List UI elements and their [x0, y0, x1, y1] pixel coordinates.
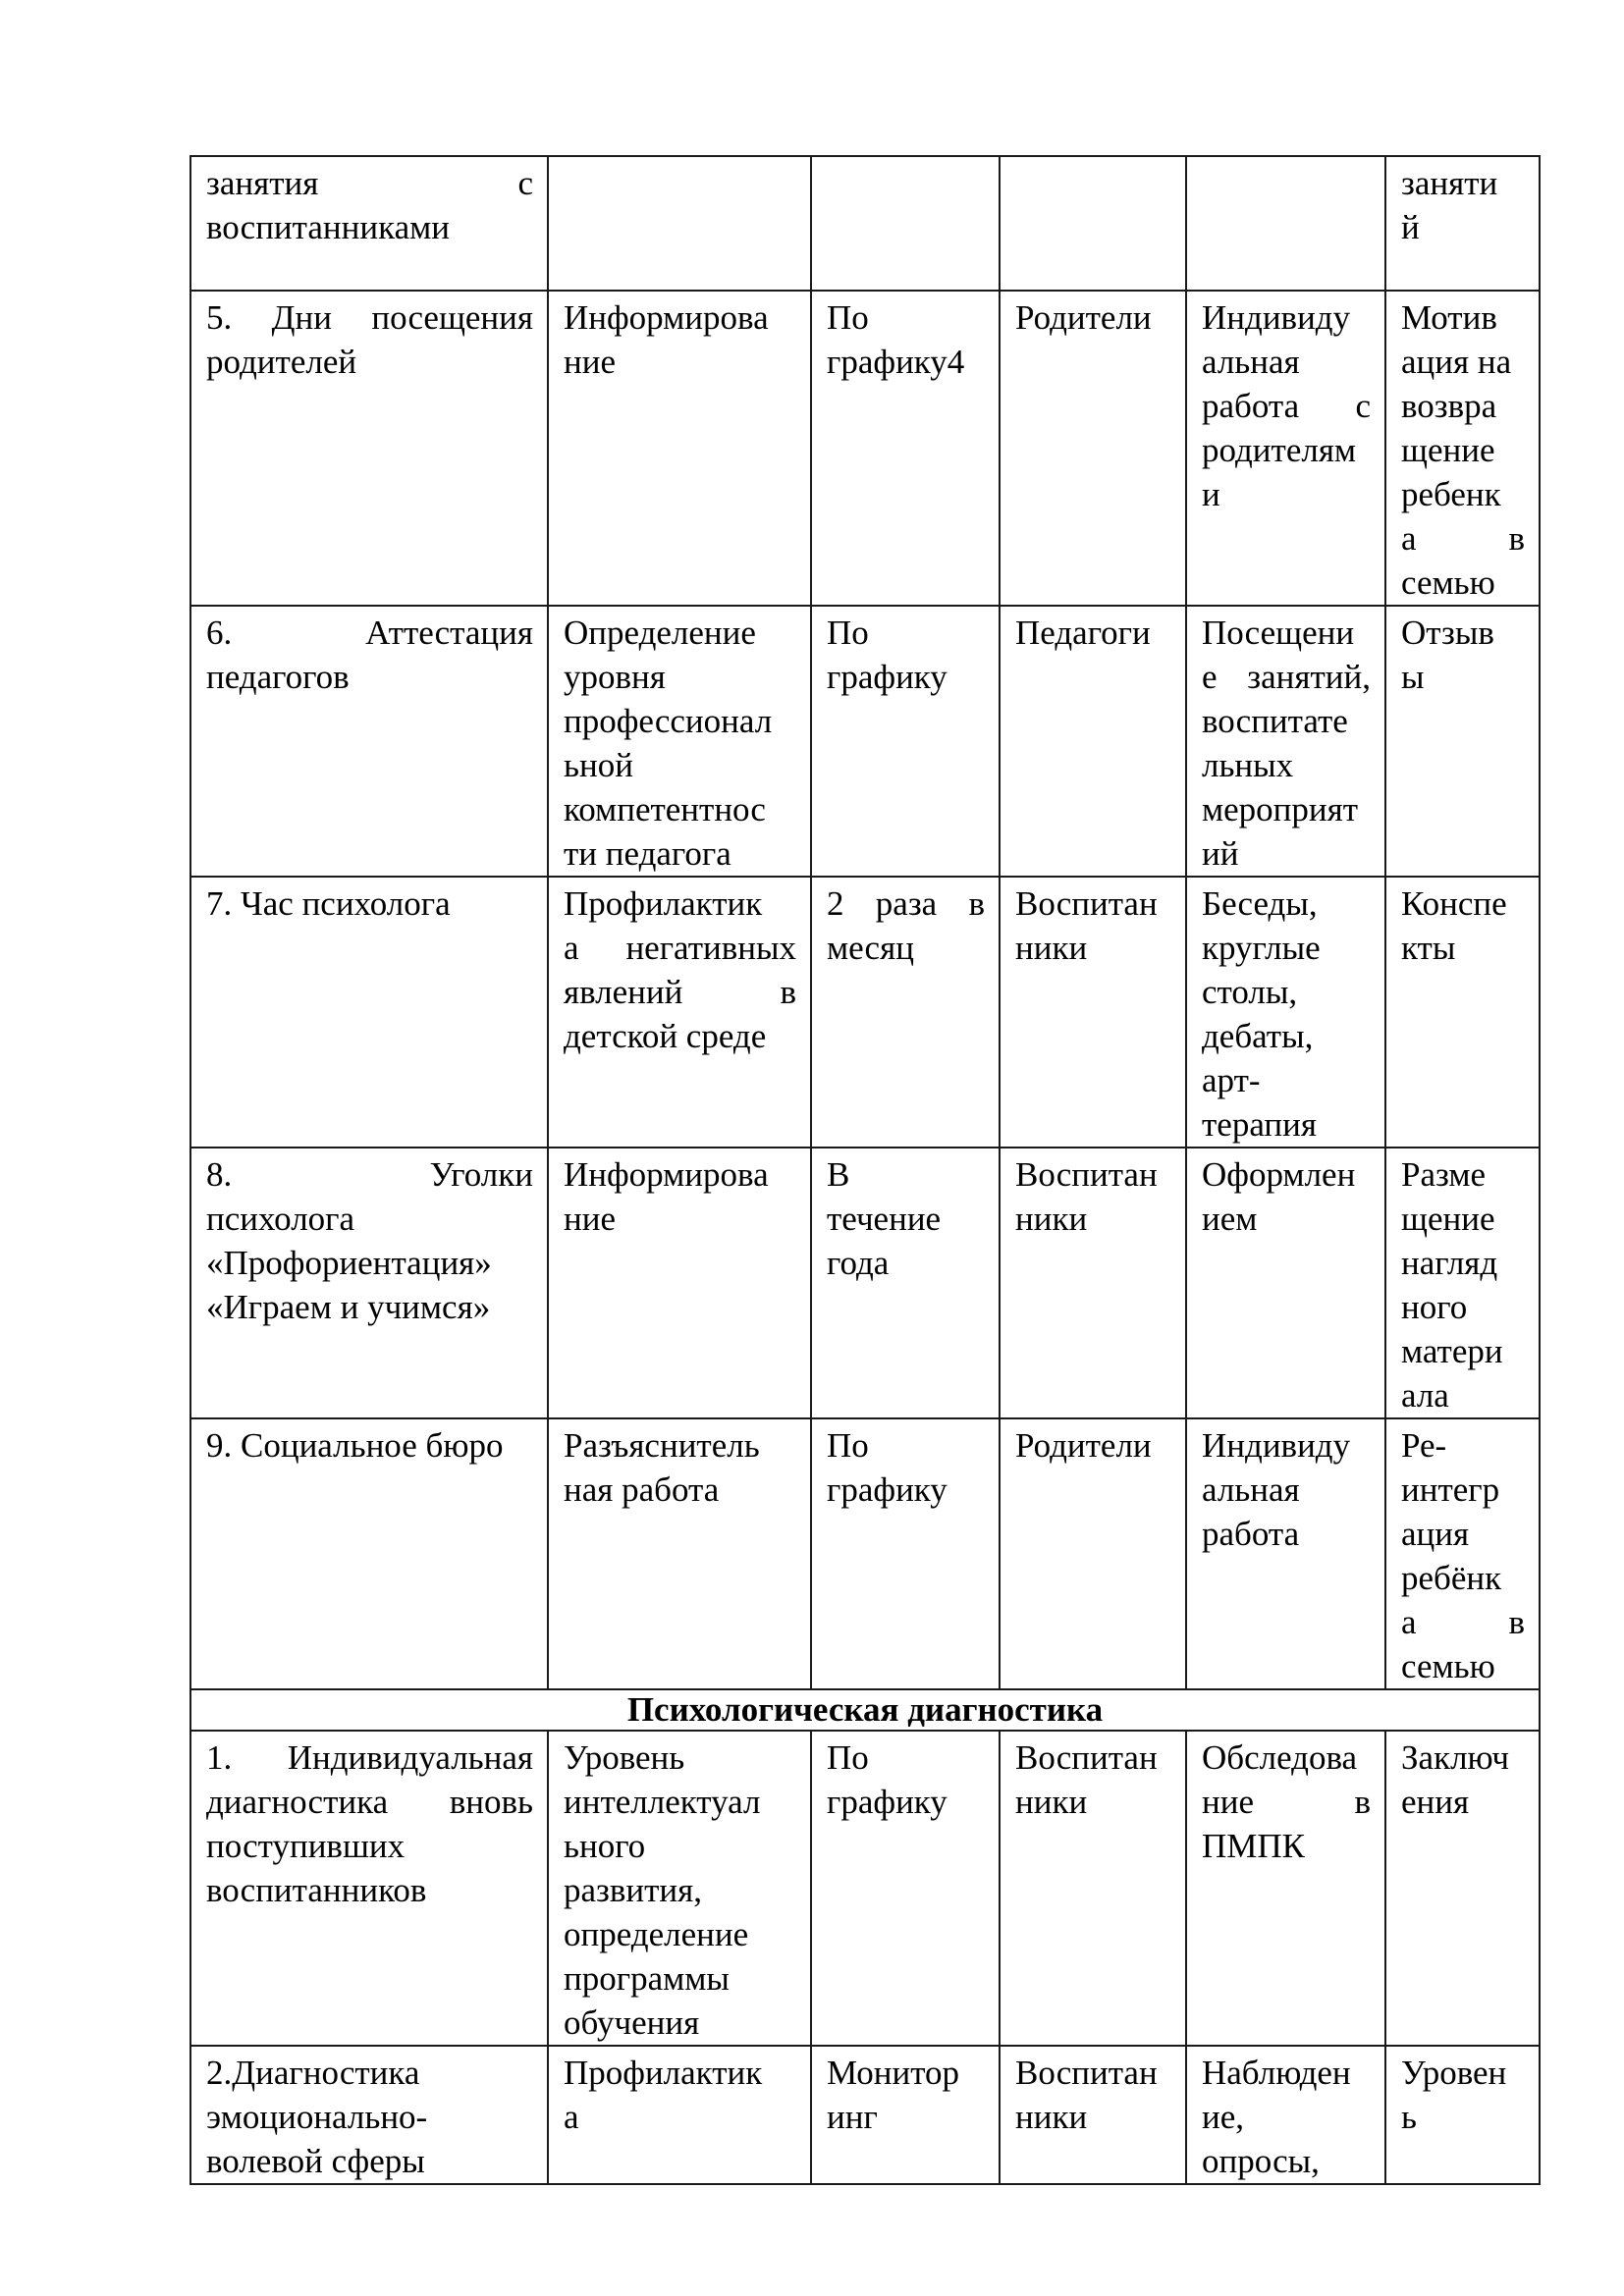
cell-result: Отзывы [1385, 606, 1540, 877]
section-header-row: Психологическая диагностика [190, 1689, 1540, 1731]
cell-line: щение [1401, 428, 1525, 472]
cell-line: альная [1202, 340, 1371, 384]
cell-participants: Родители [1000, 1418, 1186, 1689]
cell-line: Воспитан [1015, 2051, 1171, 2095]
cell-line: ала [1401, 1373, 1525, 1417]
cell-line: ребёнк [1401, 1556, 1525, 1600]
cell-line: Информирова [564, 1152, 796, 1197]
cell-activity: 7. Час психолога [190, 877, 548, 1148]
cell-goal: Информирование [548, 1148, 811, 1418]
cell-line: е занятий, [1202, 655, 1371, 699]
cell-line: воспитанников [206, 1868, 533, 1912]
cell-participants: Воспитанники [1000, 1148, 1186, 1418]
cell-line: ием [1202, 1197, 1371, 1241]
cell-timing: Пографику [811, 1731, 1000, 2046]
cell-timing: 2 раза вмесяц [811, 877, 1000, 1148]
cell-line: 6. Аттестация [206, 611, 533, 655]
work-plan-table: занятия своспитанникамизанятий5. Дни пос… [189, 155, 1541, 2185]
cell-line: Индивиду [1202, 295, 1371, 340]
cell-line: Профилактик [564, 2051, 796, 2095]
cell-line: инг [827, 2095, 985, 2139]
cell-line: ие, [1202, 2095, 1371, 2139]
table-row: 2.Диагностикаэмоционально-волевой сферыП… [190, 2046, 1540, 2184]
cell-form: Наблюдение,опросы, [1186, 2046, 1385, 2184]
cell-line: педагогов [206, 655, 533, 699]
document-page: занятия своспитанникамизанятий5. Дни пос… [0, 0, 1624, 2296]
cell-line: уровня [564, 655, 796, 699]
cell-participants: Воспитанники [1000, 877, 1186, 1148]
cell-line: По [827, 1735, 985, 1780]
cell-goal: Уровеньинтеллектуальногоразвития,определ… [548, 1731, 811, 2046]
cell-line: обучения [564, 2001, 796, 2045]
cell-line: Обследова [1202, 1735, 1371, 1780]
cell-line: Воспитан [1015, 1735, 1171, 1780]
cell-line: течение [827, 1197, 985, 1241]
cell-line: Беседы, [1202, 881, 1371, 926]
table-row: занятия своспитанникамизанятий [190, 156, 1540, 291]
cell-participants: Воспитанники [1000, 2046, 1186, 2184]
cell-goal: Определениеуровняпрофессиональнойкомпете… [548, 606, 811, 877]
cell-line: 2.Диагностика [206, 2051, 533, 2095]
cell-form: Индивидуальнаяработа [1186, 1418, 1385, 1689]
cell-line: Определение [564, 611, 796, 655]
work-plan-table-body: занятия своспитанникамизанятий5. Дни пос… [190, 156, 1540, 2184]
cell-participants: Воспитанники [1000, 1731, 1186, 2046]
cell-timing: Мониторинг [811, 2046, 1000, 2184]
cell-result: Уровень [1385, 2046, 1540, 2184]
cell-line: явлений в [564, 970, 796, 1014]
cell-line: Профилактик [564, 881, 796, 926]
cell-line: ники [1015, 2095, 1171, 2139]
cell-line: а негативных [564, 926, 796, 970]
cell-line: графику [827, 655, 985, 699]
cell-line: Ре- [1401, 1423, 1525, 1468]
cell-line: воспитанниками [206, 205, 533, 249]
cell-line: а [564, 2095, 796, 2139]
cell-goal: Разъяснительная работа [548, 1418, 811, 1689]
cell-result: Конспекты [1385, 877, 1540, 1148]
cell-line: «Играем и учимся» [206, 1285, 533, 1329]
cell-result: Ре-интеграцияребёнка всемью [1385, 1418, 1540, 1689]
cell-line: определение [564, 1912, 796, 1956]
cell-line: родителей [206, 340, 533, 384]
cell-line: ьного [564, 1824, 796, 1868]
cell-line: 5. Дни посещения [206, 295, 533, 340]
cell-line: ьной [564, 743, 796, 787]
cell-line: кты [1401, 926, 1525, 970]
cell-line: Конспе [1401, 881, 1525, 926]
cell-line: интеллектуал [564, 1780, 796, 1824]
cell-line: графику4 [827, 340, 985, 384]
cell-line: Мотив [1401, 295, 1525, 340]
cell-result: занятий [1385, 156, 1540, 291]
cell-form: Оформлением [1186, 1148, 1385, 1418]
cell-line: ти педагога [564, 831, 796, 876]
cell-timing: Втечениегода [811, 1148, 1000, 1418]
cell-line: детской среде [564, 1014, 796, 1058]
cell-line: компетентнос [564, 787, 796, 831]
cell-form [1186, 156, 1385, 291]
cell-line: графику [827, 1468, 985, 1512]
cell-line: профессионал [564, 699, 796, 743]
cell-result: Заключения [1385, 1731, 1540, 2046]
cell-result: Мотивация навозвращениеребенка всемью [1385, 291, 1540, 606]
cell-line: 9. Социальное бюро [206, 1423, 533, 1468]
cell-form: Обследование вПМПК [1186, 1731, 1385, 2046]
cell-line: круглые [1202, 926, 1371, 970]
cell-line: ация на [1401, 340, 1525, 384]
cell-line: ники [1015, 1780, 1171, 1824]
cell-line: занятия с [206, 161, 533, 205]
table-row: 7. Час психологаПрофилактика негативныхя… [190, 877, 1540, 1148]
cell-line: ние [564, 1197, 796, 1241]
cell-line: Индивиду [1202, 1423, 1371, 1468]
section-title: Психологическая диагностика [190, 1689, 1540, 1731]
cell-line: Разъяснитель [564, 1423, 796, 1468]
cell-line: столы, [1202, 970, 1371, 1014]
cell-line: мероприят [1202, 787, 1371, 831]
cell-line: программы [564, 1956, 796, 2001]
cell-line: опросы, [1202, 2139, 1371, 2183]
table-row: 6. АттестацияпедагоговОпределениеуровняп… [190, 606, 1540, 877]
cell-line: волевой сферы [206, 2139, 533, 2183]
cell-line: ПМПК [1202, 1824, 1371, 1868]
cell-line: Родители [1015, 295, 1171, 340]
cell-line: возвра [1401, 384, 1525, 428]
cell-line: Воспитан [1015, 881, 1171, 926]
cell-line: ребенк [1401, 472, 1525, 516]
cell-line: арт- [1202, 1058, 1371, 1102]
cell-activity: 1. Индивидуальнаядиагностика вновьпоступ… [190, 1731, 548, 2046]
cell-line: ация [1401, 1512, 1525, 1556]
cell-line: 2 раза в [827, 881, 985, 926]
cell-line: а в [1401, 516, 1525, 561]
cell-line: По [827, 611, 985, 655]
cell-line: Заключ [1401, 1735, 1525, 1780]
cell-line: Монитор [827, 2051, 985, 2095]
cell-activity: 8. Уголкипсихолога«Профориентация»«Играе… [190, 1148, 548, 1418]
cell-line: Воспитан [1015, 1152, 1171, 1197]
cell-line: графику [827, 1780, 985, 1824]
cell-line: По [827, 295, 985, 340]
cell-line: Отзыв [1401, 611, 1525, 655]
cell-line: 1. Индивидуальная [206, 1735, 533, 1780]
cell-line: льных [1202, 743, 1371, 787]
table-row: 1. Индивидуальнаядиагностика вновьпоступ… [190, 1731, 1540, 2046]
cell-line: дебаты, [1202, 1014, 1371, 1058]
cell-activity: 5. Дни посещенияродителей [190, 291, 548, 606]
cell-form: Беседы,круглыестолы,дебаты,арт-терапия [1186, 877, 1385, 1148]
cell-line: работа [1202, 1512, 1371, 1556]
cell-form: Посещение занятий,воспитательныхмероприя… [1186, 606, 1385, 877]
cell-line: родителям [1202, 428, 1371, 472]
cell-line: интегр [1401, 1468, 1525, 1512]
cell-activity: 6. Аттестацияпедагогов [190, 606, 548, 877]
cell-line: ь [1401, 2095, 1525, 2139]
cell-line: Уровень [564, 1735, 796, 1780]
cell-goal: Информирование [548, 291, 811, 606]
cell-line: терапия [1202, 1102, 1371, 1147]
cell-line: заняти [1401, 161, 1525, 205]
cell-line: По [827, 1423, 985, 1468]
cell-activity: 9. Социальное бюро [190, 1418, 548, 1689]
cell-participants: Педагоги [1000, 606, 1186, 877]
table-row: 5. Дни посещенияродителейИнформированиеП… [190, 291, 1540, 606]
table-row: 9. Социальное бюроРазъяснительная работа… [190, 1418, 1540, 1689]
cell-line: й [1401, 205, 1525, 249]
cell-line: ники [1015, 1197, 1171, 1241]
cell-line: семью [1401, 561, 1525, 605]
cell-line: альная [1202, 1468, 1371, 1512]
cell-timing: Пографику [811, 606, 1000, 877]
cell-line: и [1202, 472, 1371, 516]
cell-line: матери [1401, 1329, 1525, 1373]
cell-line: семью [1401, 1644, 1525, 1688]
cell-line: а в [1401, 1600, 1525, 1644]
cell-line: ы [1401, 655, 1525, 699]
cell-line: Информирова [564, 295, 796, 340]
cell-timing: Пографику4 [811, 291, 1000, 606]
cell-participants: Родители [1000, 291, 1186, 606]
cell-timing [811, 156, 1000, 291]
cell-result: Размещениенаглядногоматериала [1385, 1148, 1540, 1418]
cell-line: Родители [1015, 1423, 1171, 1468]
cell-line: диагностика вновь [206, 1780, 533, 1824]
cell-line: работа с [1202, 384, 1371, 428]
cell-line: Оформлен [1202, 1152, 1371, 1197]
cell-timing: Пографику [811, 1418, 1000, 1689]
cell-line: Наблюден [1202, 2051, 1371, 2095]
cell-goal [548, 156, 811, 291]
cell-line: 8. Уголки [206, 1152, 533, 1197]
cell-line: ние [564, 340, 796, 384]
table-row: 8. Уголкипсихолога«Профориентация»«Играе… [190, 1148, 1540, 1418]
cell-goal: Профилактика [548, 2046, 811, 2184]
cell-line: «Профориентация» [206, 1241, 533, 1285]
cell-line: Педагоги [1015, 611, 1171, 655]
cell-activity: занятия своспитанниками [190, 156, 548, 291]
cell-line: ного [1401, 1285, 1525, 1329]
cell-line: развития, [564, 1868, 796, 1912]
cell-line: Разме [1401, 1152, 1525, 1197]
cell-line: ная работа [564, 1468, 796, 1512]
cell-line: ий [1202, 831, 1371, 876]
cell-line: воспитате [1202, 699, 1371, 743]
cell-line: ники [1015, 926, 1171, 970]
cell-line: эмоционально- [206, 2095, 533, 2139]
cell-line: ние в [1202, 1780, 1371, 1824]
cell-line: поступивших [206, 1824, 533, 1868]
cell-line: В [827, 1152, 985, 1197]
cell-line: ения [1401, 1780, 1525, 1824]
cell-line: Уровен [1401, 2051, 1525, 2095]
cell-activity: 2.Диагностикаэмоционально-волевой сферы [190, 2046, 548, 2184]
cell-line: психолога [206, 1197, 533, 1241]
cell-line: нагляд [1401, 1241, 1525, 1285]
cell-form: Индивидуальнаяработа сродителями [1186, 291, 1385, 606]
cell-line: щение [1401, 1197, 1525, 1241]
cell-goal: Профилактика негативныхявлений вдетской … [548, 877, 811, 1148]
cell-line: 7. Час психолога [206, 881, 533, 926]
cell-line: года [827, 1241, 985, 1285]
cell-line: месяц [827, 926, 985, 970]
cell-line: Посещени [1202, 611, 1371, 655]
cell-participants [1000, 156, 1186, 291]
